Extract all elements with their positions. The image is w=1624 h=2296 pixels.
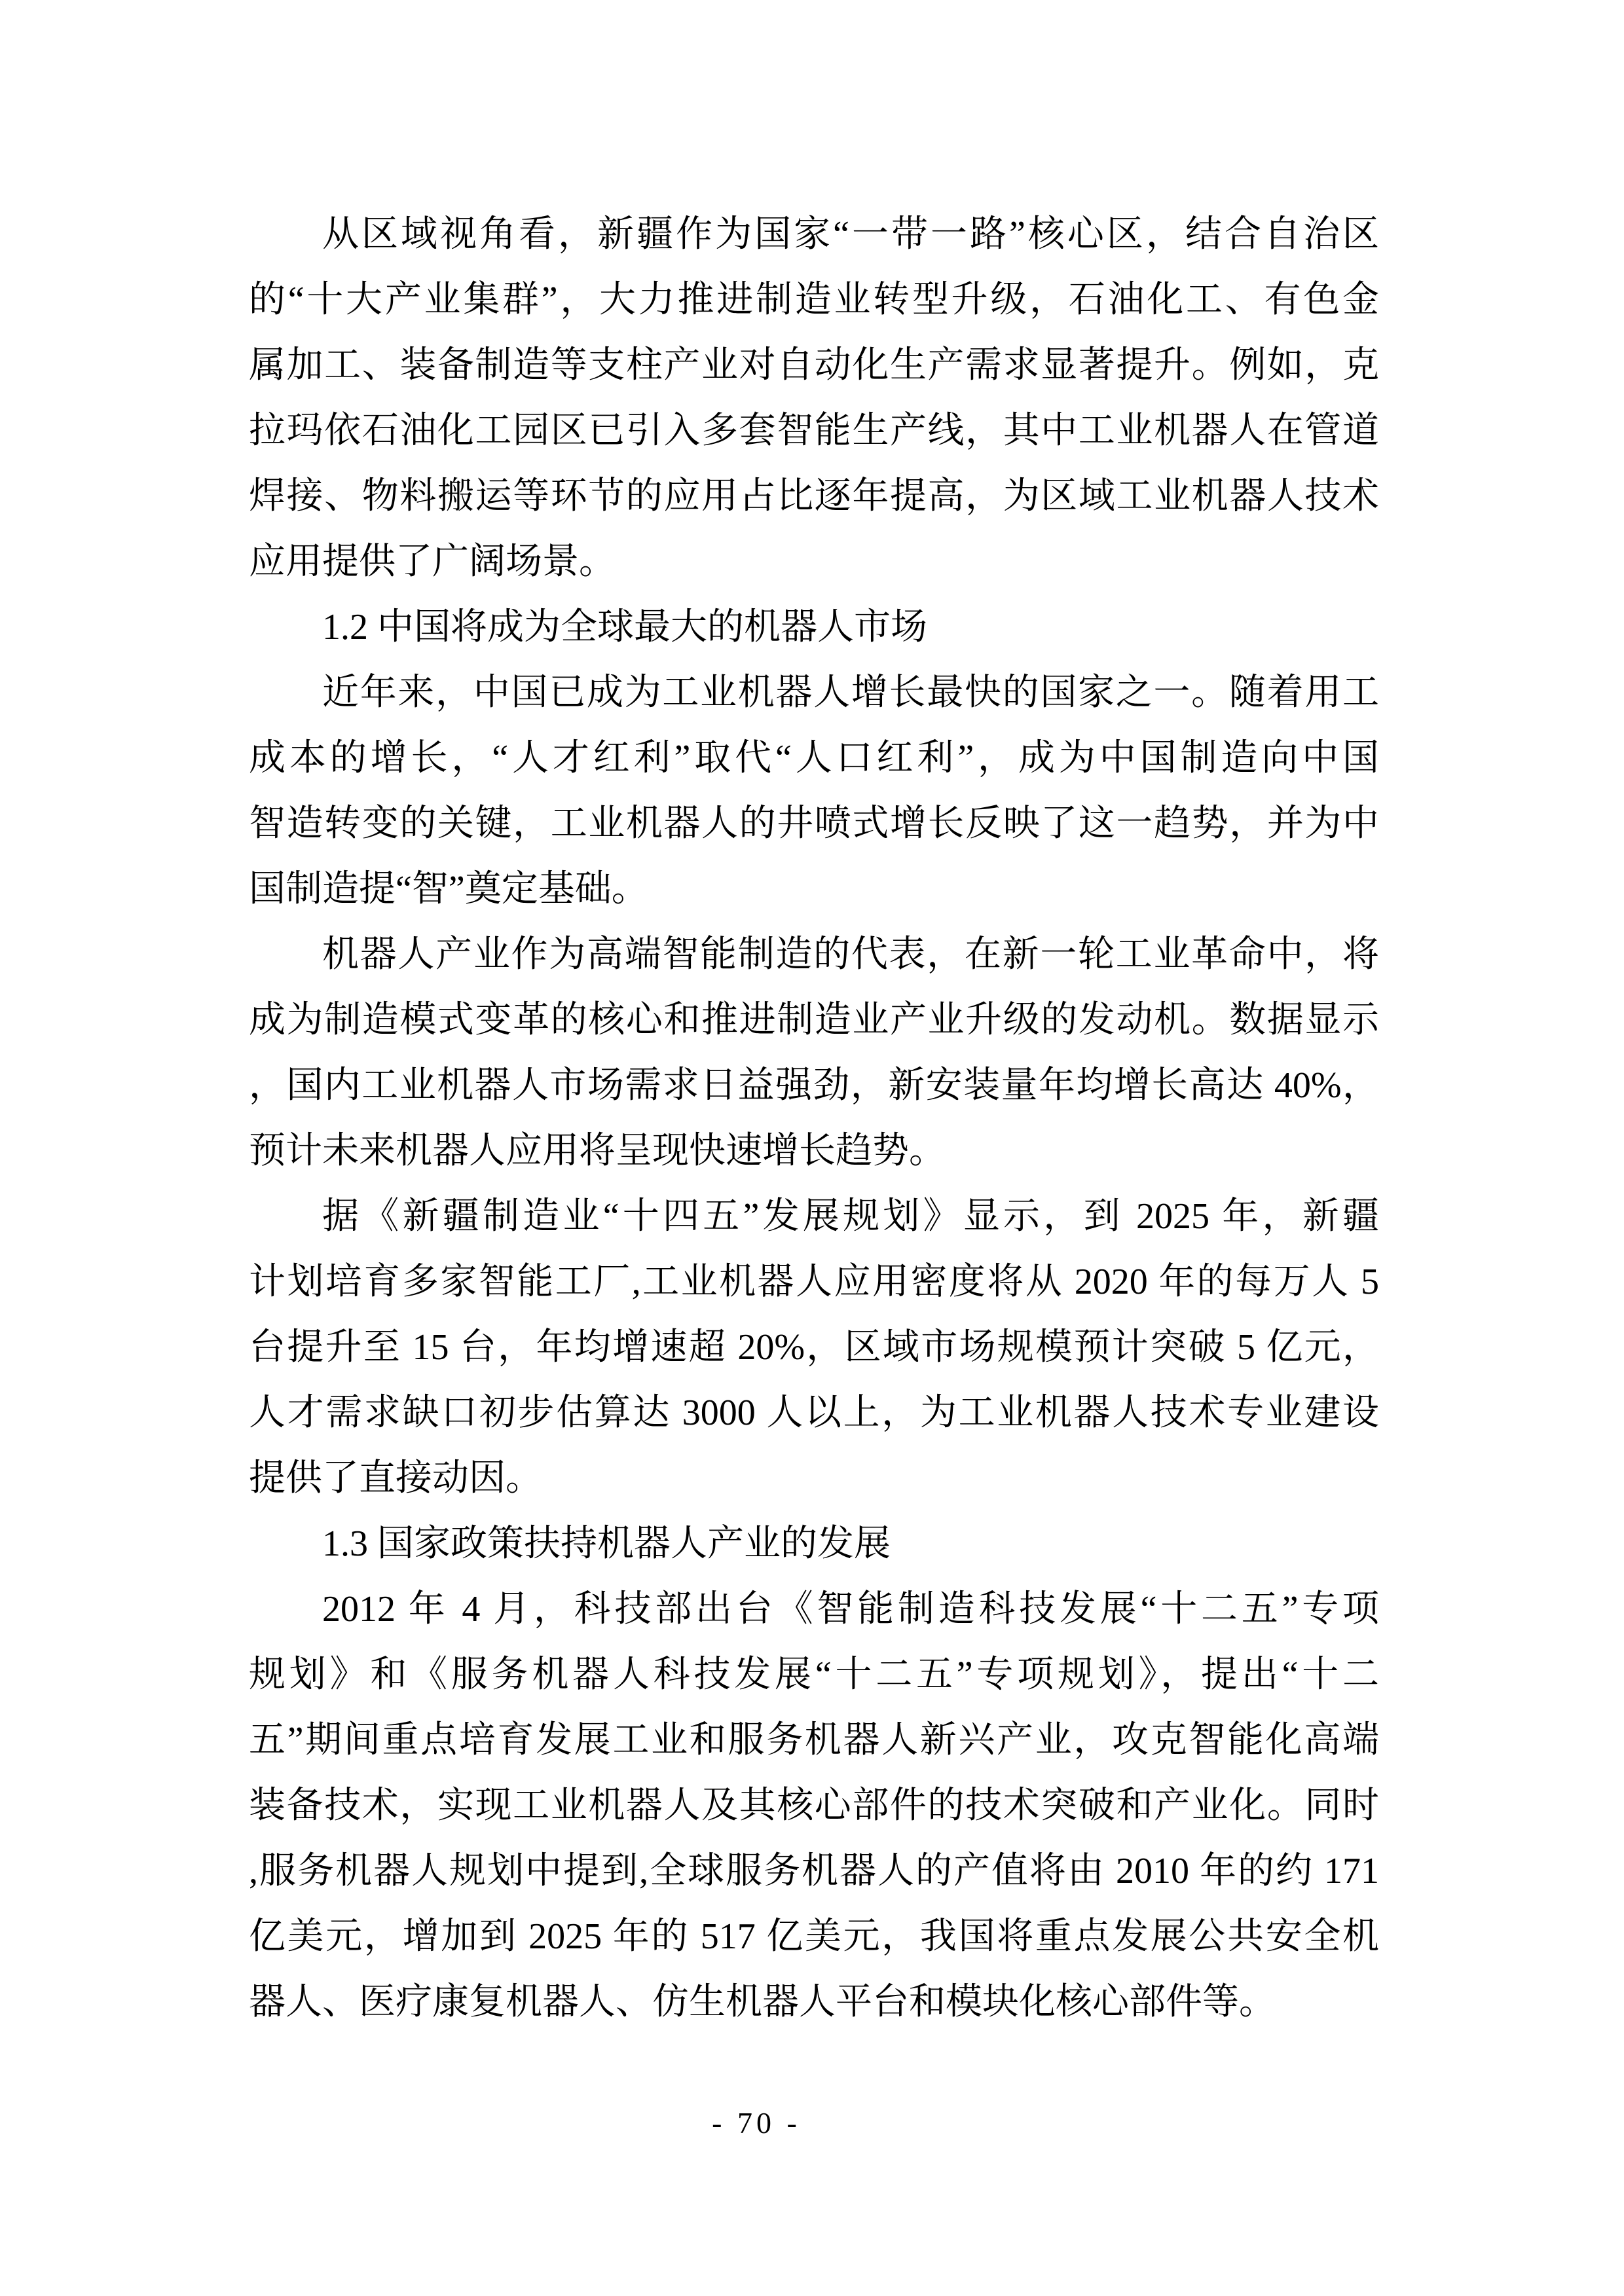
- text-line: 机器人产业作为高端智能制造的代表，在新一轮工业革命中，将: [249, 922, 1379, 987]
- text-line: 近年来，中国已成为工业机器人增长最快的国家之一。随着用工: [249, 660, 1379, 725]
- text-line: 焊接、物料搬运等环节的应用占比逐年提高，为区域工业机器人技术: [249, 464, 1379, 529]
- section-heading-line: 1.2 中国将成为全球最大的机器人市场: [249, 594, 1379, 660]
- text-line: 据《新疆制造业“十四五”发展规划》显示，到 2025 年，新疆: [249, 1184, 1379, 1249]
- text-line: 的“十大产业集群”，大力推进制造业转型升级，石油化工、有色金: [249, 267, 1379, 333]
- text-line: 装备技术，实现工业机器人及其核心部件的技术突破和产业化。同时: [249, 1773, 1379, 1838]
- text-line: 台提升至 15 台，年均增速超 20%，区域市场规模预计突破 5 亿元，: [249, 1315, 1379, 1380]
- document-body: 从区域视角看，新疆作为国家“一带一路”核心区，结合自治区的“十大产业集群”，大力…: [249, 202, 1379, 2035]
- text-line: 成本的增长，“人才红利”取代“人口红利”，成为中国制造向中国: [249, 725, 1379, 791]
- text-line: 应用提供了广阔场景。: [249, 529, 1379, 594]
- text-line: 属加工、装备制造等支柱产业对自动化生产需求显著提升。例如，克: [249, 333, 1379, 398]
- text-line: 计划培育多家智能工厂,工业机器人应用密度将从 2020 年的每万人 5: [249, 1249, 1379, 1315]
- text-line: ，国内工业机器人市场需求日益强劲，新安装量年均增长高达 40%，: [249, 1053, 1379, 1118]
- text-line: 规划》和《服务机器人科技发展“十二五”专项规划》，提出“十二: [249, 1642, 1379, 1707]
- text-line: 国制造提“智”奠定基础。: [249, 856, 1379, 922]
- text-line: 从区域视角看，新疆作为国家“一带一路”核心区，结合自治区: [249, 202, 1379, 267]
- page-number: - 70 -: [249, 2100, 1264, 2146]
- text-line: ,服务机器人规划中提到,全球服务机器人的产值将由 2010 年的约 171: [249, 1838, 1379, 1904]
- text-line: 提供了直接动因。: [249, 1446, 1379, 1511]
- text-line: 拉玛依石油化工园区已引入多套智能生产线，其中工业机器人在管道: [249, 398, 1379, 464]
- text-line: 2012 年 4 月，科技部出台《智能制造科技发展“十二五”专项: [249, 1576, 1379, 1642]
- text-line: 成为制造模式变革的核心和推进制造业产业升级的发动机。数据显示: [249, 987, 1379, 1053]
- text-line: 亿美元，增加到 2025 年的 517 亿美元，我国将重点发展公共安全机: [249, 1904, 1379, 1969]
- text-line: 预计未来机器人应用将呈现快速增长趋势。: [249, 1118, 1379, 1184]
- section-heading-line: 1.3 国家政策扶持机器人产业的发展: [249, 1511, 1379, 1576]
- document-page: 从区域视角看，新疆作为国家“一带一路”核心区，结合自治区的“十大产业集群”，大力…: [0, 0, 1624, 2296]
- text-line: 智造转变的关键，工业机器人的井喷式增长反映了这一趋势，并为中: [249, 791, 1379, 856]
- text-line: 器人、医疗康复机器人、仿生机器人平台和模块化核心部件等。: [249, 1969, 1379, 2035]
- text-line: 五”期间重点培育发展工业和服务机器人新兴产业，攻克智能化高端: [249, 1707, 1379, 1773]
- text-line: 人才需求缺口初步估算达 3000 人以上，为工业机器人技术专业建设: [249, 1380, 1379, 1446]
